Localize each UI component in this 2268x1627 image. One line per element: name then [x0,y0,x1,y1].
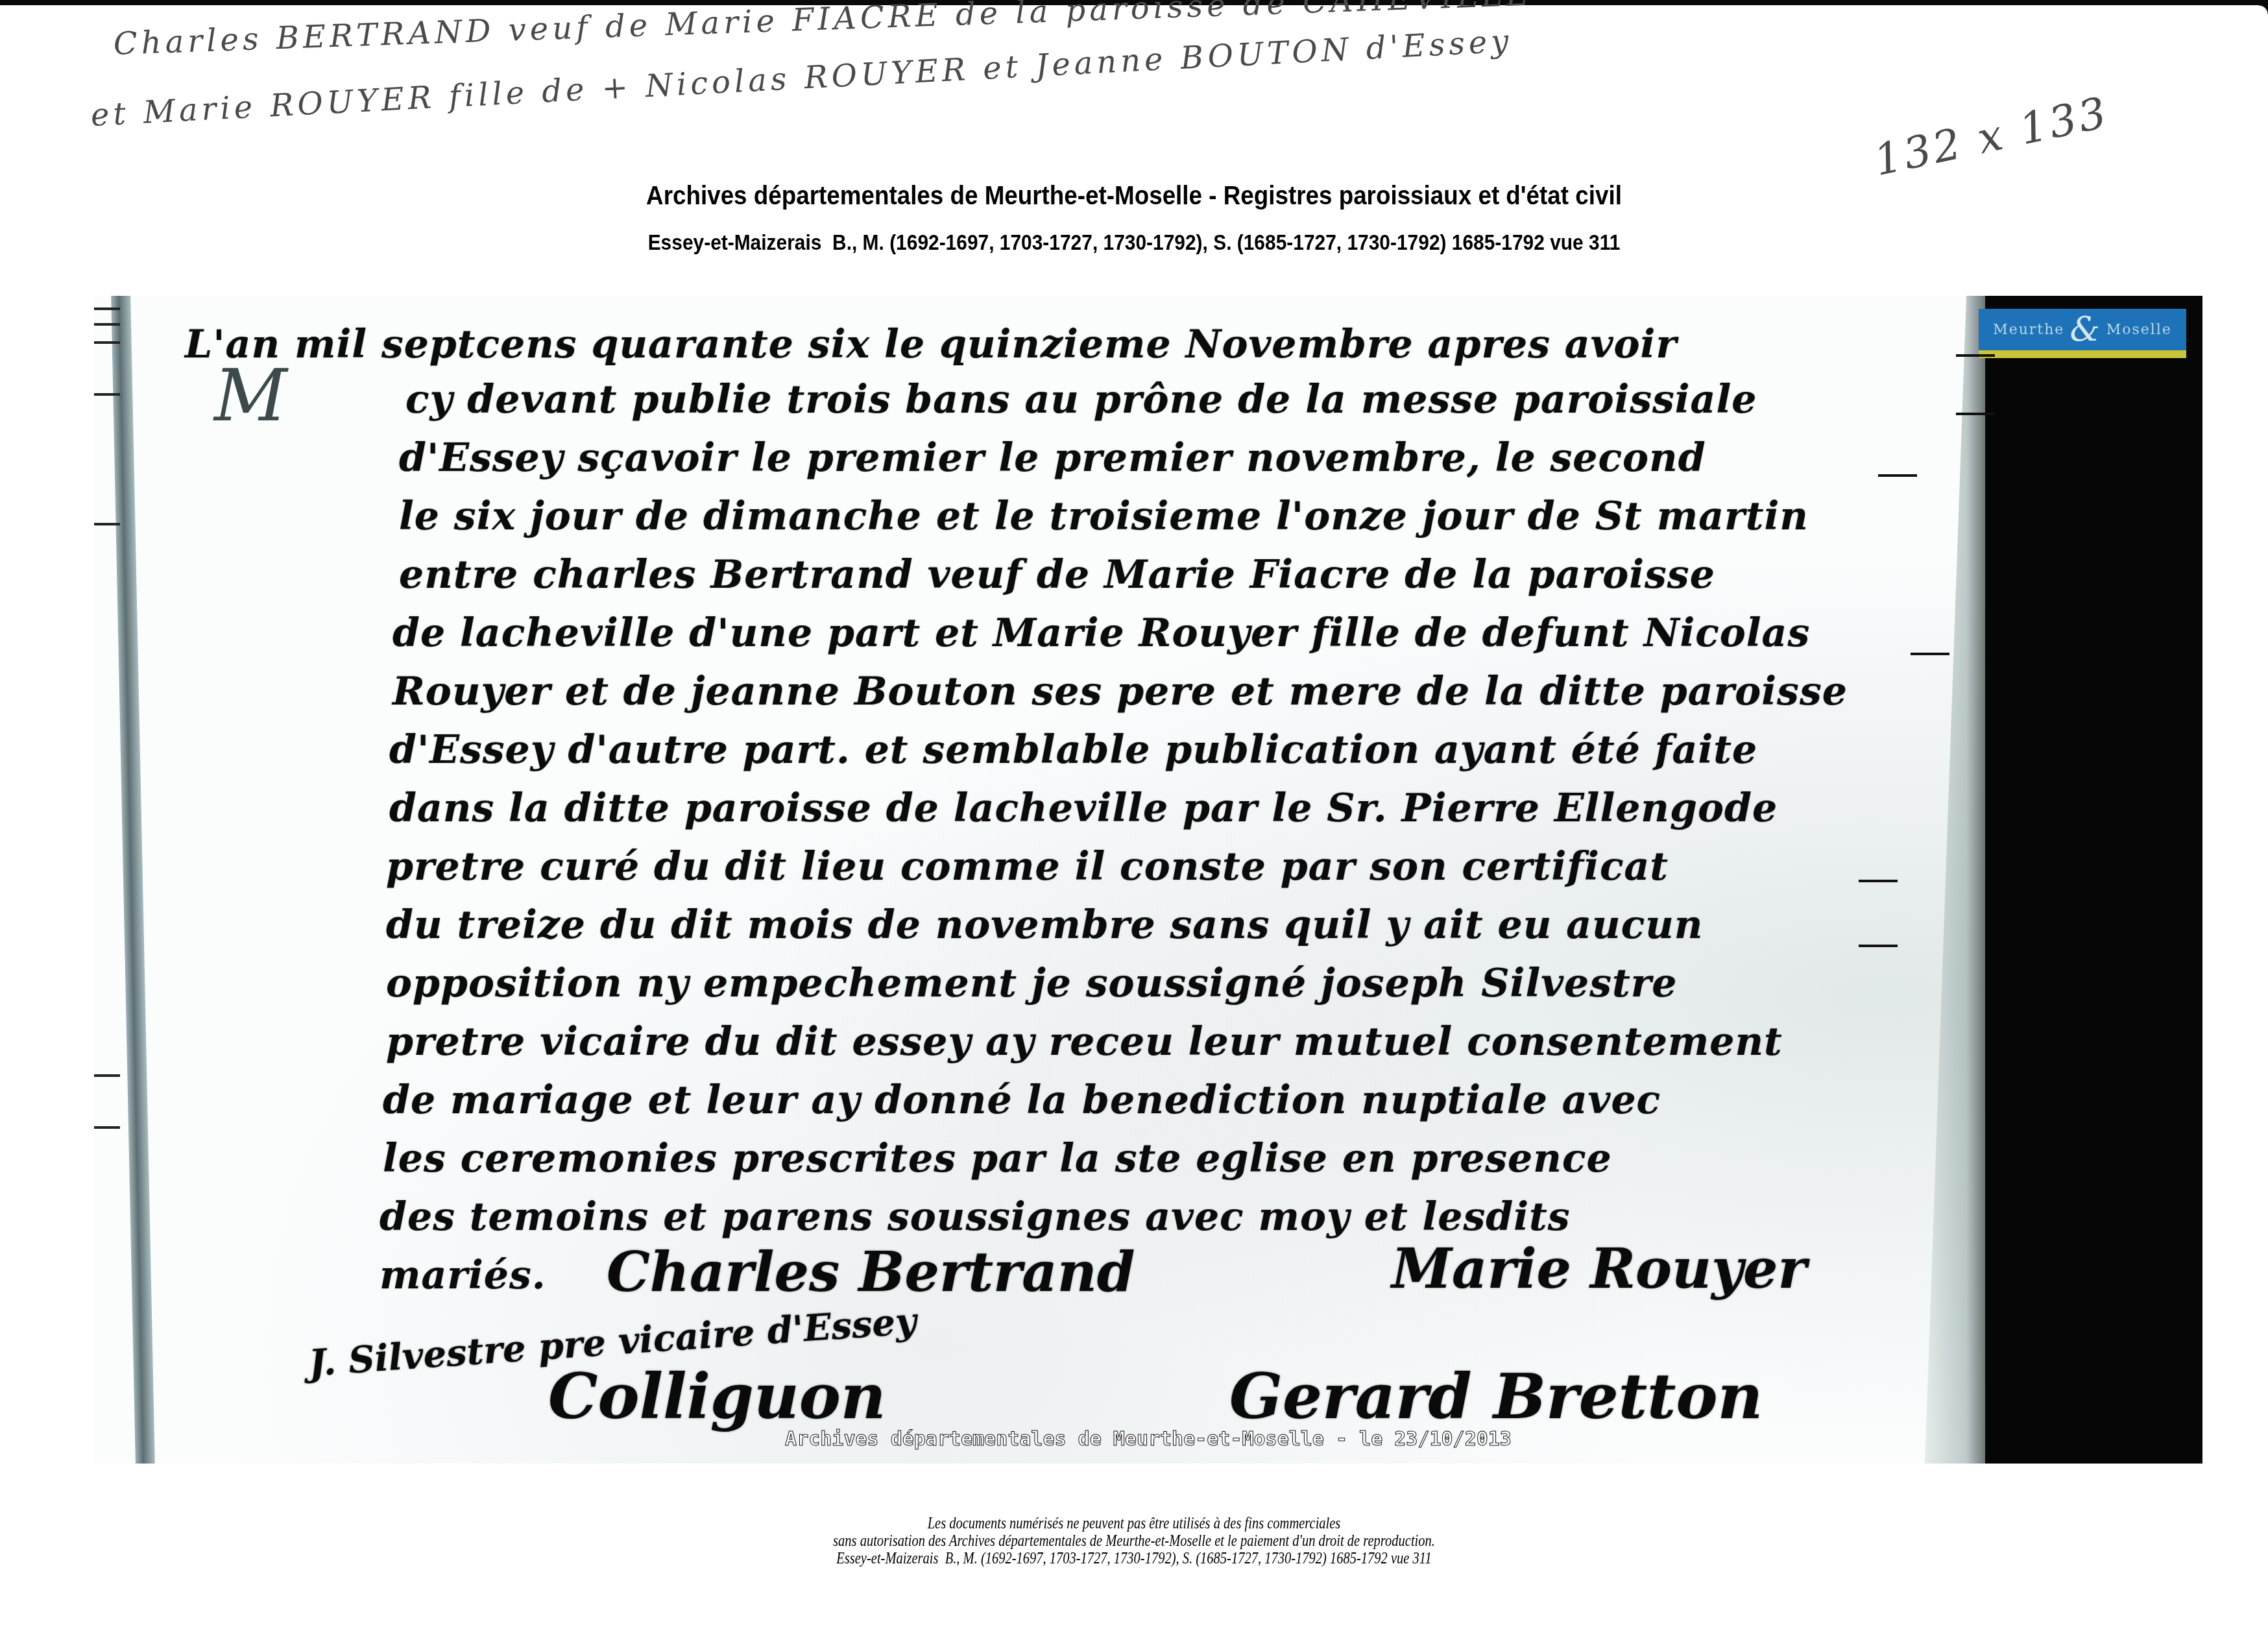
footer-line-2: sans autorisation des Archives départeme… [204,1532,2064,1550]
entry-line: des temoins et parens soussignes avec mo… [380,1194,1571,1240]
entry-line: cy devant publie trois bans au prône de … [405,377,1757,422]
line-filler-dash [1911,653,1949,655]
footer-line-1: Les documents numérisés ne peuvent pas ê… [204,1515,2064,1532]
entry-line: d'Essey d'autre part. et semblable publi… [389,727,1757,773]
signature-groom: Charles Bertrand [607,1240,1135,1304]
signature-witness-2: Gerard Bretton [1229,1360,1763,1433]
archive-watermark: Archives départementales de Meurthe-et-M… [94,1428,2202,1451]
entry-line: entre charles Bertrand veuf de Marie Fia… [399,552,1715,597]
line-filler-dash [1878,474,1917,477]
register-entry-text: L'an mil septcens quarante six le quinzi… [94,296,2202,1464]
entry-line: Rouyer et de jeanne Bouton ses pere et m… [392,669,1848,714]
entry-line: les ceremonies prescrites par la ste egl… [383,1136,1612,1181]
entry-line: opposition ny empechement je soussigné j… [386,961,1678,1006]
entry-line: le six jour de dimanche et le troisieme … [399,494,1809,539]
entry-line: de mariage et leur ay donné la benedicti… [383,1078,1661,1123]
entry-line: mariés. [380,1253,546,1298]
entry-line: L'an mil septcens quarante six le quinzi… [185,322,1677,367]
entry-line: du treize du dit mois de novembre sans q… [386,902,1703,948]
signature-bride: Marie Rouyer [1392,1236,1807,1301]
register-scan: M Meurthe & Moselle L'an mil septcens qu… [94,296,2202,1464]
footer-line-3: Essey-et-Maizerais B., M. (1692-1697, 17… [204,1550,2064,1567]
entry-line: de lacheville d'une part et Marie Rouyer… [392,610,1810,656]
line-filler-dash [1956,354,1995,357]
line-filler-dash [1859,945,1898,947]
document-title: Archives départementales de Meurthe-et-M… [91,182,2177,211]
entry-line: d'Essey sçavoir le premier le premier no… [399,435,1706,481]
entry-line: pretre vicaire du dit essey ay receu leu… [386,1019,1783,1065]
handwritten-dimensions: 132 x 133 [1870,88,2113,186]
footer-notice: Les documents numérisés ne peuvent pas ê… [204,1515,2064,1567]
entry-line: pretre curé du dit lieu comme il conste … [386,844,1669,889]
line-filler-dash [1956,413,1995,415]
entry-line: dans la ditte paroisse de lacheville par… [389,786,1778,831]
signature-witness-1: Colliguon [548,1360,886,1433]
document-subtitle: Essey-et-Maizerais B., M. (1692-1697, 17… [136,230,2132,256]
line-filler-dash [1859,880,1898,882]
